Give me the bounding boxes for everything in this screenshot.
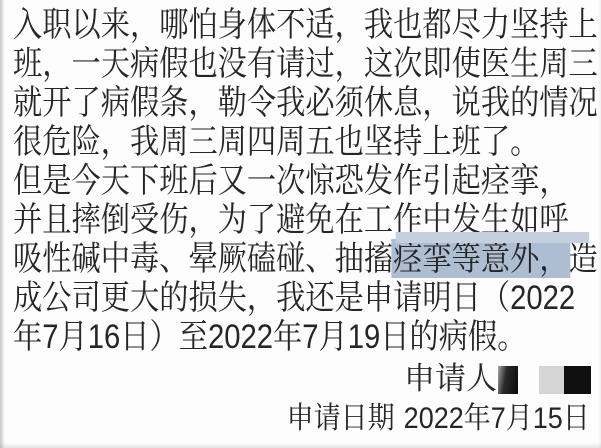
sick-leave-note-page: 入职以来，哪怕身体不适，我也都尽力坚持上 班，一天病假也没有请过，这次即使医生周…: [0, 0, 601, 448]
text-line-8: 成公司更大的损失，我还是申请明日（2022: [13, 279, 598, 318]
date-value: 2022年7月15日: [404, 401, 590, 437]
text-line-1: 入职以来，哪怕身体不适，我也都尽力坚持上: [13, 6, 598, 45]
redaction-block-1: [498, 366, 518, 394]
date-label: 申请日期: [287, 401, 395, 437]
text-line-7-prefix: 吸性碱中毒、晕厥磕碰、抽搐: [13, 240, 393, 278]
highlighted-text: 痉挛等意外，: [391, 239, 570, 278]
text-line-3: 就开了病假条，勒令我必须休息，说我的情况: [13, 84, 598, 123]
redaction-gap: [518, 365, 539, 393]
text-line-7: 吸性碱中毒、晕厥磕碰、抽搐痉挛等意外，造: [13, 240, 598, 279]
text-line-5: 但是今天下班后又一次惊恐发作引起痉挛，: [13, 162, 598, 201]
redaction-block-3: [564, 366, 591, 394]
leave-request-paragraph: 入职以来，哪怕身体不适，我也都尽力坚持上 班，一天病假也没有请过，这次即使医生周…: [13, 6, 601, 357]
text-line-2: 班，一天病假也没有请过，这次即使医生周三: [13, 45, 598, 84]
text-line-9: 年7月16日）至2022年7月19日的病假。: [13, 318, 598, 357]
text-line-4: 很危险，我周三周四周五也坚持上班了。: [13, 123, 598, 162]
application-date-row: 申请日期 2022年7月15日: [287, 401, 590, 437]
applicant-signature-row: 申请人: [404, 362, 591, 396]
page-edge-shadow-left: [0, 0, 5, 448]
text-line-7-suffix: 造: [569, 240, 598, 278]
redaction-block-2: [539, 366, 564, 394]
applicant-label: 申请人: [404, 362, 497, 396]
page-edge-shadow-bottom: [0, 443, 601, 448]
